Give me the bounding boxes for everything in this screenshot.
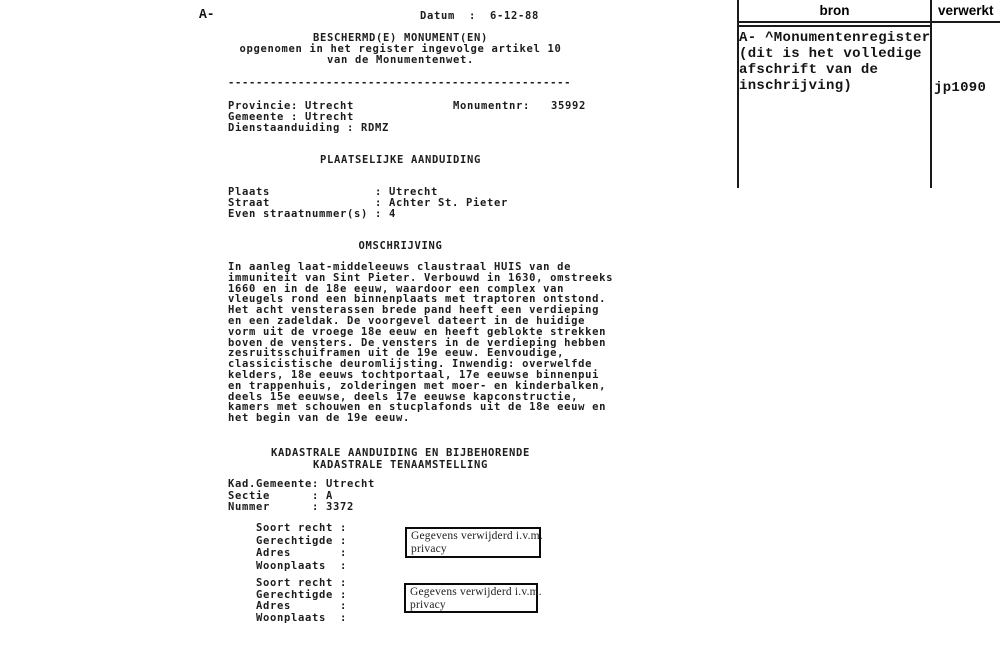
table-header-verwerkt: verwerkt [938, 3, 994, 19]
rights-block-2: Soort recht : Gerechtigde : Adres : Woon… [256, 578, 347, 625]
section-title-plaatselijke-aanduiding: PLAATSELIJKE AANDUIDING [228, 155, 573, 166]
table-header-rule [737, 21, 1000, 23]
table-bron-underline [739, 25, 930, 28]
monument-number: Monumentnr: 35992 [453, 101, 586, 112]
address-block: Plaats : Utrecht Straat : Achter St. Pie… [228, 187, 508, 219]
description-paragraph: In aanleg laat-middeleeuws claustraal HU… [228, 262, 613, 424]
page-corner-mark: A- [199, 8, 215, 22]
table-cell-bron: A- ^Monumentenregister (dit is het volle… [739, 30, 930, 94]
privacy-redaction-text: Gegevens verwijderd i.v.m. privacy [406, 585, 536, 612]
privacy-redaction-text: Gegevens verwijderd i.v.m. privacy [407, 529, 539, 556]
section-title-kadastrale: KADASTRALE AANDUIDING EN BIJBEHORENDE KA… [228, 448, 573, 471]
table-cell-verwerkt: jp1090 [934, 80, 986, 96]
section-title-omschrijving: OMSCHRIJVING [228, 241, 573, 252]
table-column-divider [930, 0, 932, 188]
table-header-bron: bron [739, 3, 930, 19]
cadastral-block: Kad.Gemeente: Utrecht Sectie : A Nummer … [228, 479, 375, 514]
privacy-redaction-box-1: Gegevens verwijderd i.v.m. privacy [405, 527, 541, 558]
privacy-redaction-box-2: Gegevens verwijderd i.v.m. privacy [404, 583, 538, 613]
divider-line: ----------------------------------------… [228, 78, 571, 89]
rights-block-1: Soort recht : Gerechtigde : Adres : Woon… [256, 522, 347, 573]
date-line: Datum : 6-12-88 [420, 11, 539, 22]
province-block: Provincie: Utrecht Gemeente : Utrecht Di… [228, 101, 389, 133]
table-left-border [737, 0, 739, 188]
document-title: BESCHERMD(E) MONUMENT(EN) opgenomen in h… [228, 33, 573, 66]
document-page: A- Datum : 6-12-88 BESCHERMD(E) MONUMENT… [0, 0, 1000, 652]
